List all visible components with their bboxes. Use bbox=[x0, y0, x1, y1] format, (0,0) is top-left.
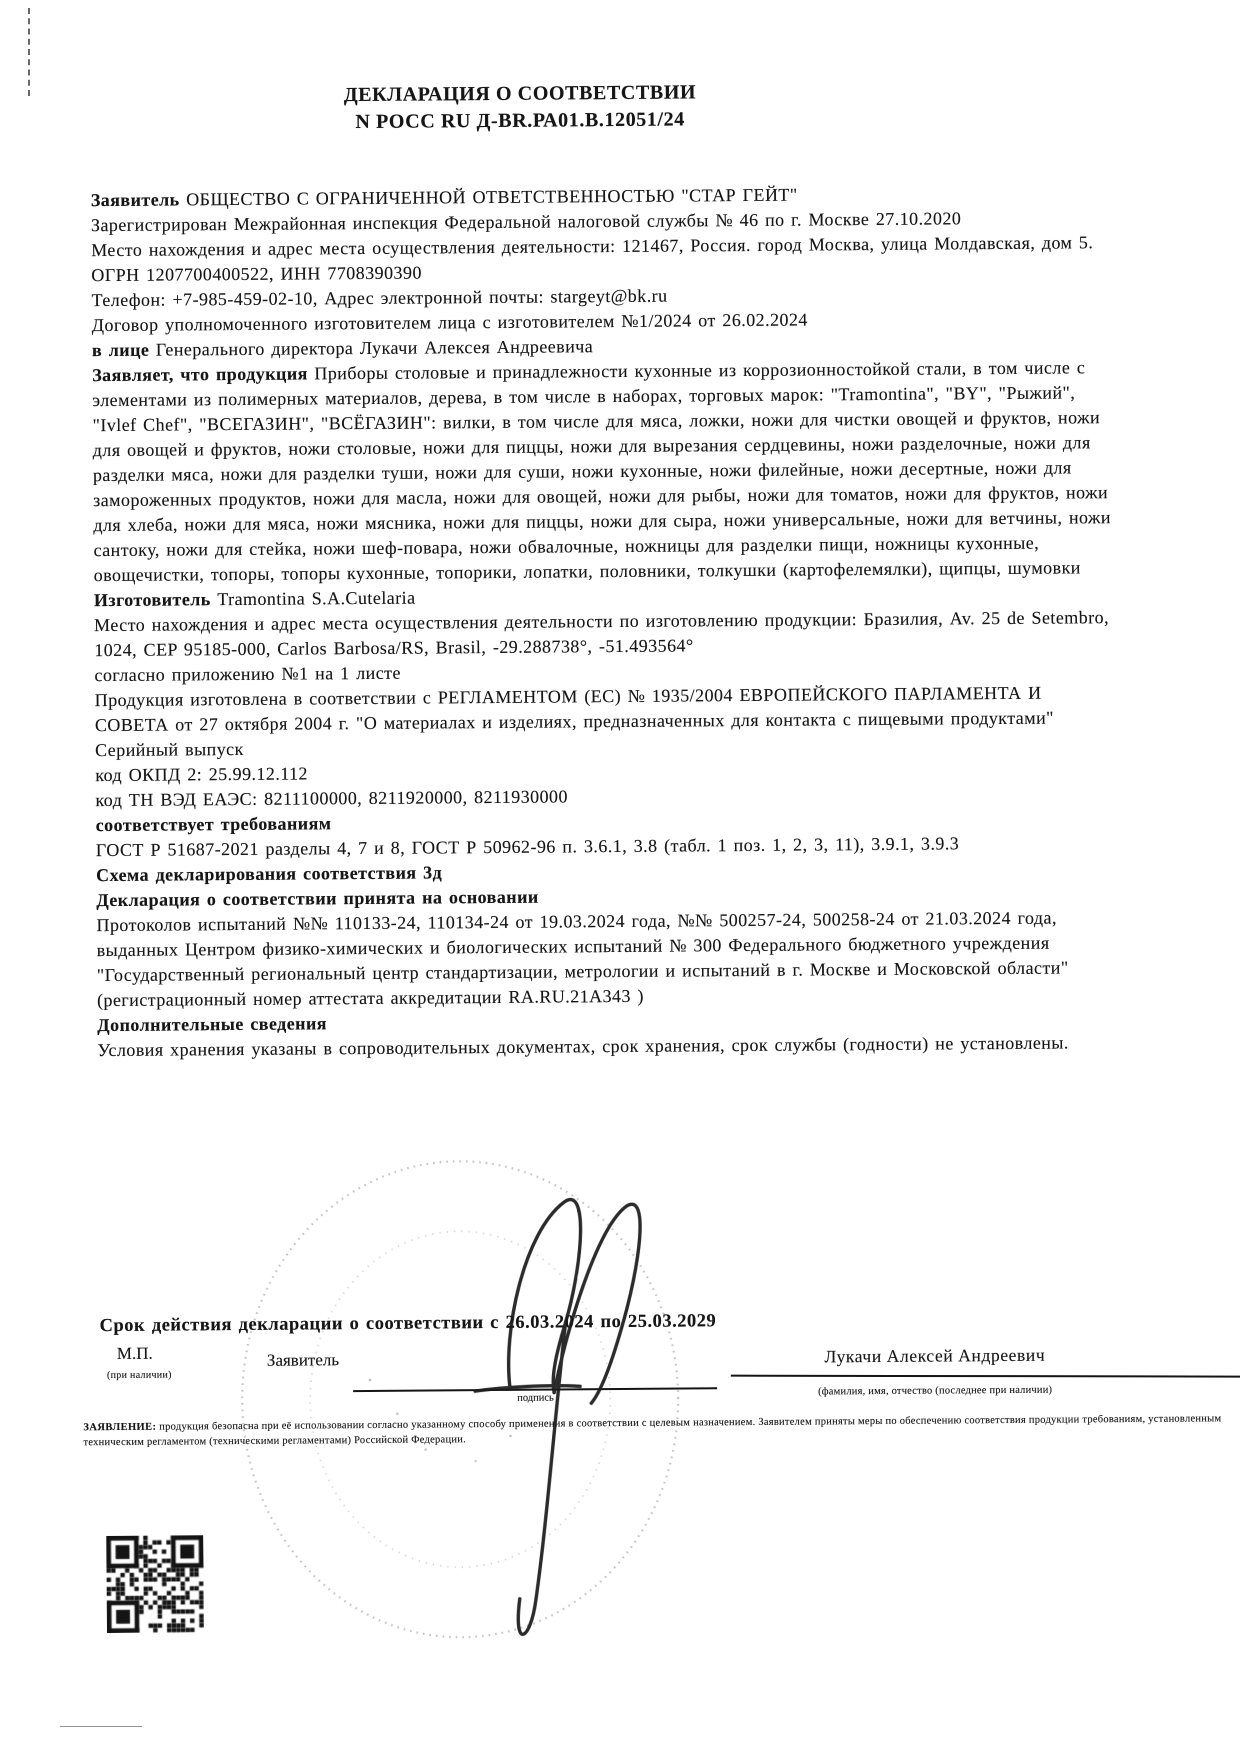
signature-applicant-label: Заявитель bbox=[267, 1350, 339, 1371]
manufacturer-label: Изготовитель bbox=[94, 589, 211, 610]
applicant-label: Заявитель bbox=[91, 189, 180, 210]
manufacturer-value: Tramontina S.A.Cutelaria bbox=[211, 588, 416, 610]
scanned-sheet: ДЕКЛАРАЦИЯ О СООТВЕТСТВИИ N РОСС RU Д-BR… bbox=[0, 0, 1240, 1754]
in-person-value: Генерального директора Лукачи Алексея Ан… bbox=[149, 336, 593, 359]
stamp-place-note: (при наличии) bbox=[107, 1370, 172, 1382]
round-stamp bbox=[240, 1160, 680, 1639]
document-body: Заявитель ОБЩЕСТВО С ОГРАНИЧЕННОЙ ОТВЕТС… bbox=[91, 180, 1120, 1063]
validity-line: Срок действия декларации о соответствии … bbox=[100, 1311, 717, 1337]
name-caption: (фамилия, имя, отчество (последнее при н… bbox=[735, 1384, 1135, 1398]
product-declaration: Заявляет, что продукция Приборы столовые… bbox=[92, 355, 1116, 588]
stamp-place-label: М.П. bbox=[117, 1344, 153, 1364]
document-header: ДЕКЛАРАЦИЯ О СООТВЕТСТВИИ N РОСС RU Д-BR… bbox=[90, 77, 950, 138]
document-number: N РОСС RU Д-BR.РА01.В.12051/24 bbox=[90, 104, 950, 138]
signature-line bbox=[353, 1345, 717, 1392]
statement-footnote: ЗАЯВЛЕНИЕ: продукция безопасна при её ис… bbox=[83, 1411, 1225, 1450]
protocols-line: Протоколов испытаний №№ 110133-24, 11013… bbox=[96, 905, 1119, 1013]
in-person-label: в лице bbox=[92, 340, 150, 360]
declares-label: Заявляет, что продукция bbox=[92, 363, 308, 385]
manufacturer-address-line: Место нахождения и адрес места осуществл… bbox=[94, 605, 1116, 663]
qr-code bbox=[106, 1535, 204, 1633]
applicant-value: ОБЩЕСТВО С ОГРАНИЧЕННОЙ ОТВЕТСТВЕННОСТЬЮ… bbox=[180, 185, 798, 210]
statement-label: ЗАЯВЛЕНИЕ: bbox=[83, 1422, 156, 1434]
product-list: Приборы столовые и принадлежности кухонн… bbox=[92, 357, 1111, 585]
signatory-name: Лукачи Алексей Андреевич bbox=[735, 1344, 1135, 1368]
declaration-document: ДЕКЛАРАЦИЯ О СООТВЕТСТВИИ N РОСС RU Д-BR… bbox=[0, 0, 1240, 1754]
statement-text: продукция безопасна при её использовании… bbox=[83, 1413, 1221, 1448]
signature-caption: подпись bbox=[517, 1393, 554, 1404]
produced-accordance-line: Продукция изготовлена в соответствии с Р… bbox=[95, 680, 1117, 738]
